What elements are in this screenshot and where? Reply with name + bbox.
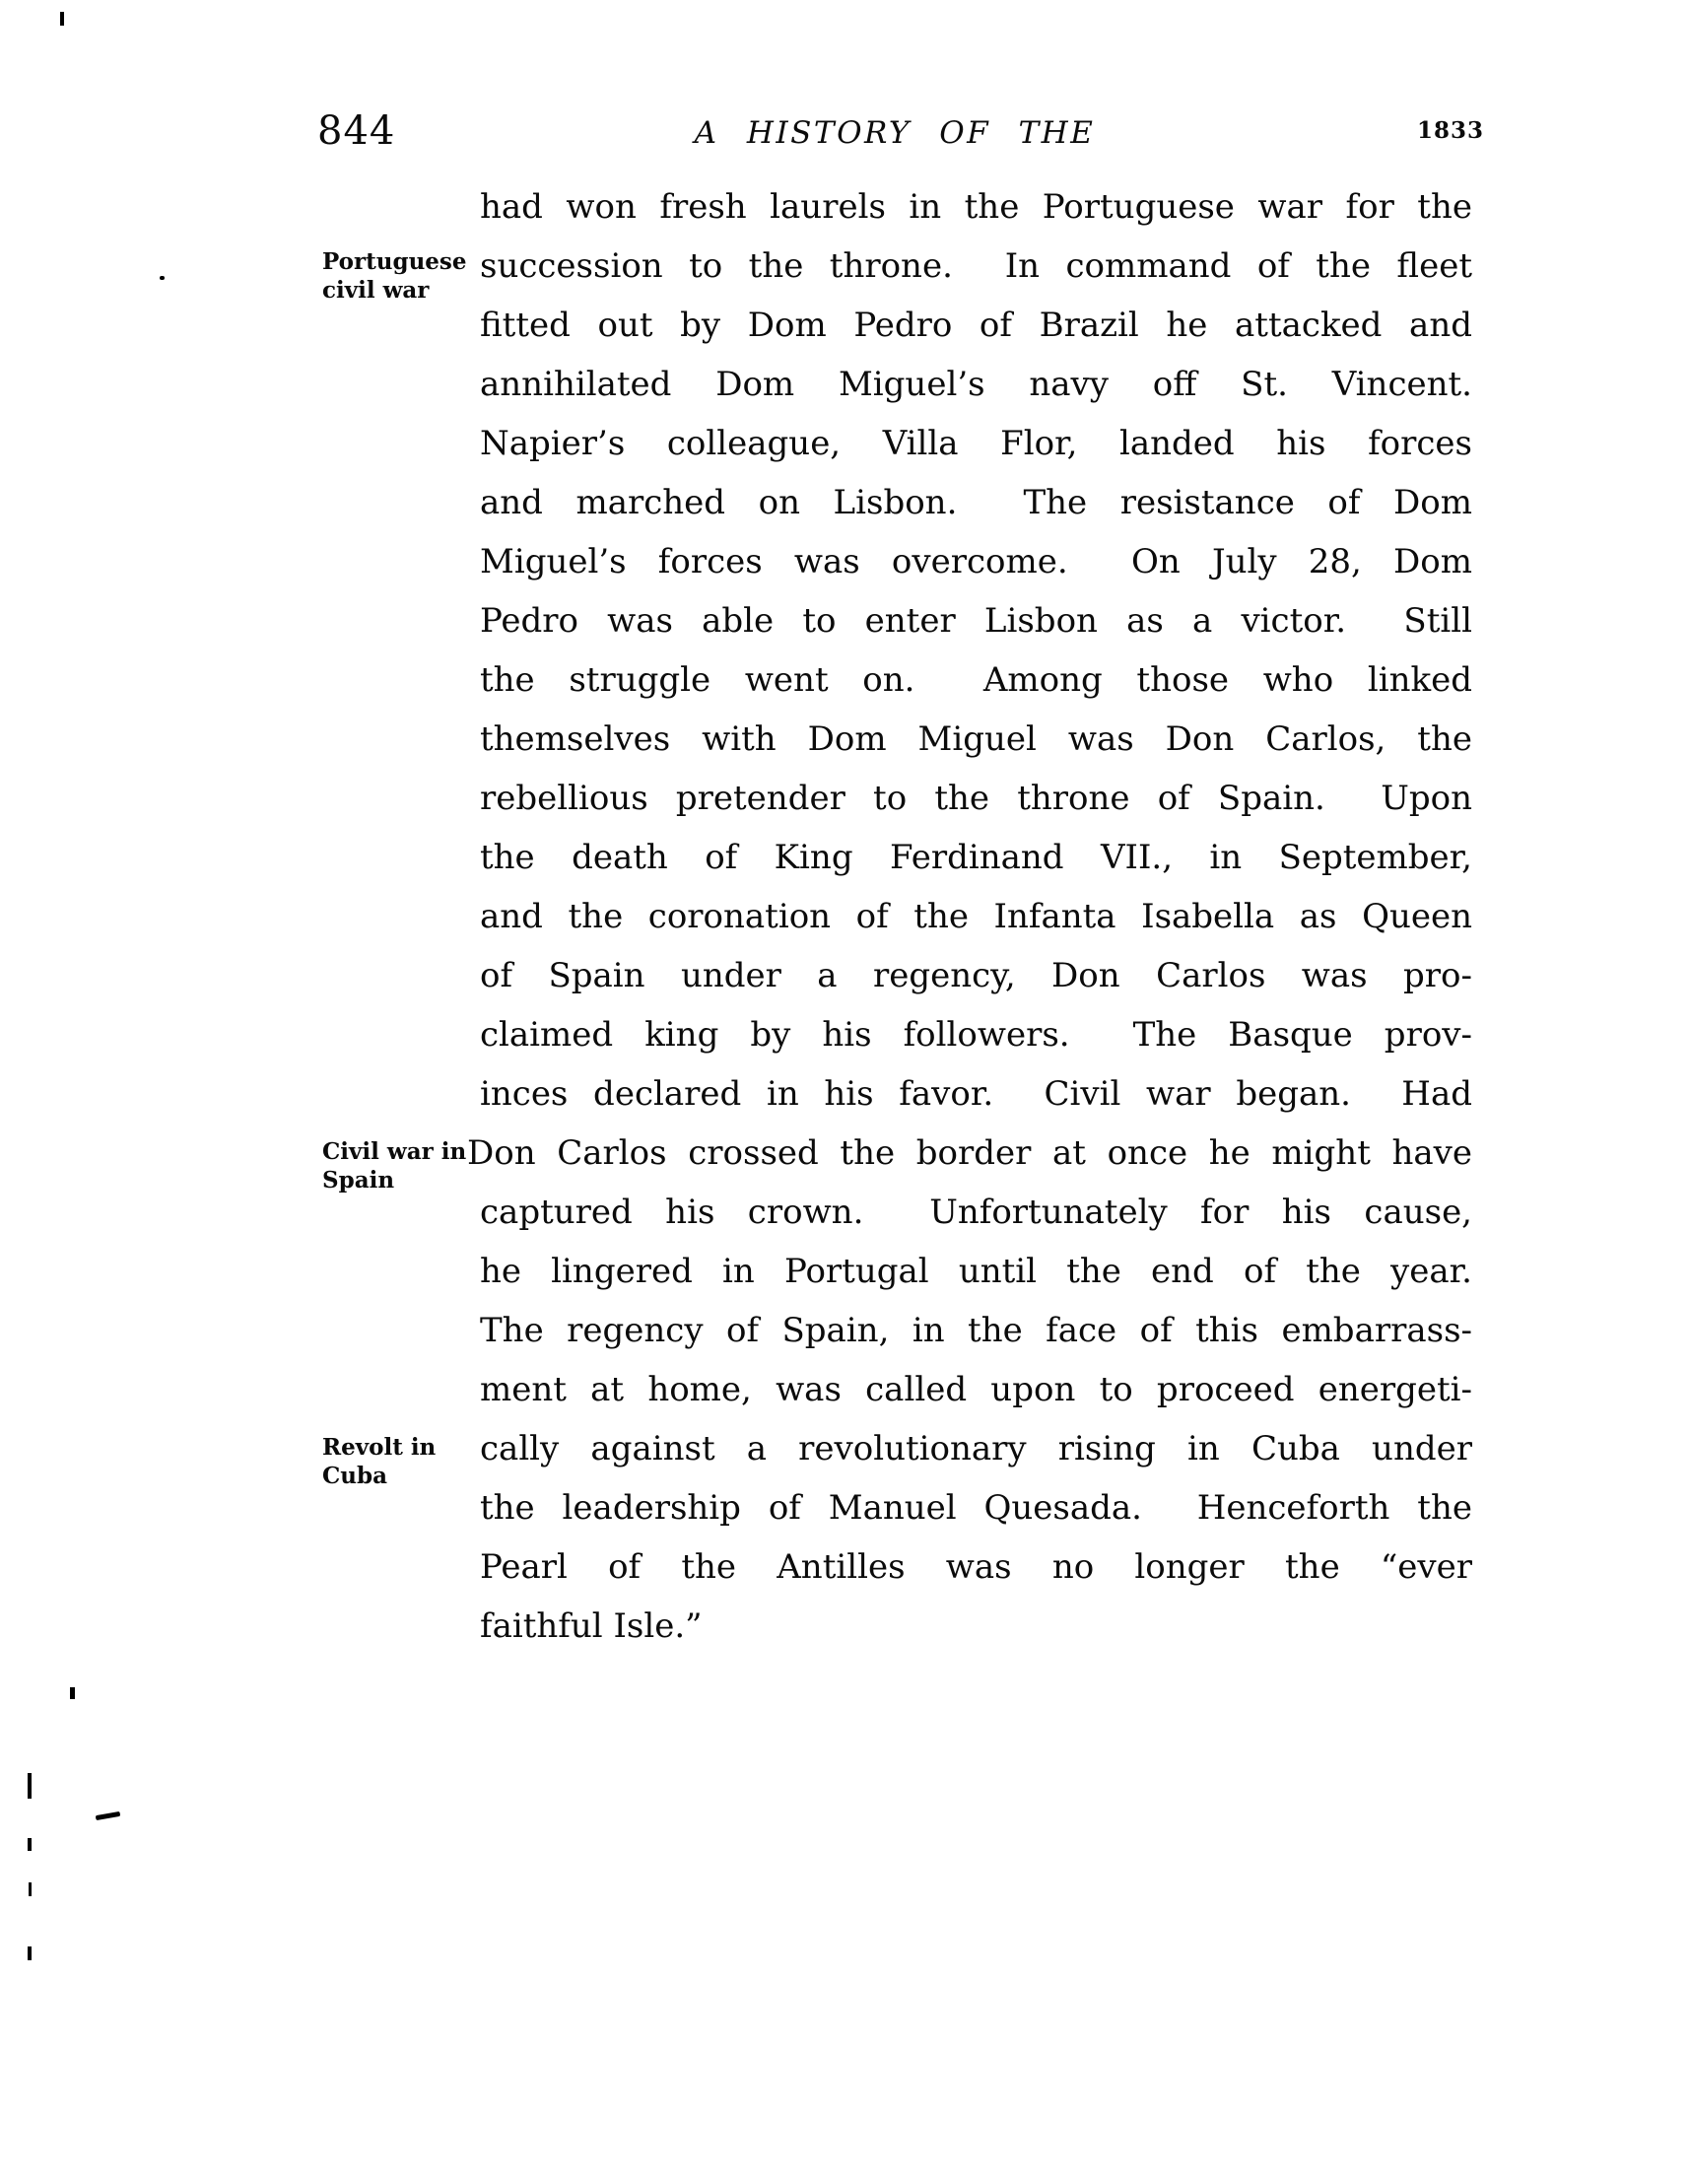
body-line: rebellious pretender to the throne of Sp… <box>480 769 1472 828</box>
page-number: 844 <box>317 108 395 154</box>
body-line: Don Carlos crossed the border at once he… <box>467 1124 1472 1183</box>
running-title: A HISTORY OF THE <box>688 115 1102 151</box>
body-line: succession to the throne. In command of … <box>480 237 1472 296</box>
body-line: Pearl of the Antilles was no longer the … <box>480 1537 1472 1597</box>
body-line: Pedro was able to enter Lisbon as a vict… <box>480 591 1472 650</box>
body-line: the leadership of Manuel Quesada. Hencef… <box>480 1478 1472 1537</box>
margin-note-portuguese-civil-war: Portuguese civil war <box>322 247 495 305</box>
scan-artifact-mark <box>28 1946 32 1960</box>
body-line: inces declared in his favor. Civil war b… <box>480 1064 1472 1124</box>
margin-note-line: Cuba <box>322 1462 495 1490</box>
body-line: of Spain under a regency, Don Carlos was… <box>480 946 1472 1005</box>
year-marginal: 1833 <box>1417 117 1484 144</box>
body-line: Miguel’s forces was overcome. On July 28… <box>480 532 1472 591</box>
margin-note-line: civil war <box>322 276 495 305</box>
margin-note-line: Revolt in <box>322 1433 495 1462</box>
scanned-book-page: 844 A HISTORY OF THE 1833 Portuguese civ… <box>0 0 1690 2184</box>
body-line: annihilated Dom Miguel’s navy off St. Vi… <box>480 355 1472 414</box>
body-line: had won fresh laurels in the Portuguese … <box>480 177 1472 237</box>
margin-note-line: Portuguese <box>322 247 495 276</box>
body-line: the death of King Ferdinand VII., in Sep… <box>480 828 1472 887</box>
body-line: the struggle went on. Among those who li… <box>480 650 1472 710</box>
scan-artifact-mark <box>29 1882 32 1896</box>
body-line: themselves with Dom Miguel was Don Carlo… <box>480 710 1472 769</box>
scan-artifact-mark <box>96 1811 120 1820</box>
margin-note-revolt-in-cuba: Revolt in Cuba <box>322 1433 495 1490</box>
body-text-block: had won fresh laurels in the Portuguese … <box>480 177 1472 1656</box>
body-line: Napier’s colleague, Villa Flor, landed h… <box>480 414 1472 473</box>
body-line: ment at home, was called upon to proceed… <box>480 1360 1472 1419</box>
body-line: claimed king by his followers. The Basqu… <box>480 1005 1472 1064</box>
body-line: fitted out by Dom Pedro of Brazil he att… <box>480 296 1472 355</box>
scan-artifact-mark <box>60 12 64 26</box>
scan-artifact-mark <box>70 1687 75 1699</box>
body-line: cally against a revolutionary rising in … <box>480 1419 1472 1478</box>
body-line: faithful Isle.” <box>480 1597 1472 1656</box>
scan-artifact-mark <box>28 1773 32 1799</box>
scan-artifact-mark <box>160 276 165 280</box>
body-line: and marched on Lisbon. The resistance of… <box>480 473 1472 532</box>
body-line: he lingered in Portugal until the end of… <box>480 1242 1472 1301</box>
body-line: and the coronation of the Infanta Isabel… <box>480 887 1472 946</box>
body-line: captured his crown. Unfortunately for hi… <box>480 1183 1472 1242</box>
body-line: The regency of Spain, in the face of thi… <box>480 1301 1472 1360</box>
scan-artifact-mark <box>28 1838 32 1851</box>
